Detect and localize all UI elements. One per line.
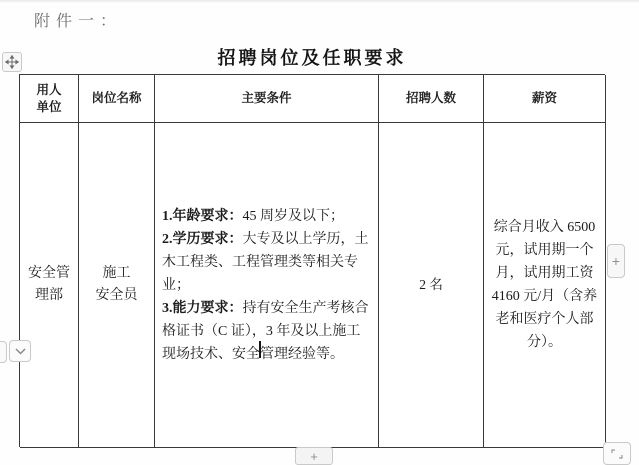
table-move-handle-button[interactable]	[2, 52, 22, 72]
header-cell-unit[interactable]: 用人 单位	[20, 75, 79, 123]
chevron-down-icon	[15, 348, 26, 355]
cell-salary[interactable]: 综合月收入 6500 元，试用期一个 月，试用期工资 4160 元/月（含养 老…	[484, 123, 606, 448]
cell-headcount[interactable]: 2 名	[379, 123, 484, 448]
cell-position[interactable]: 施工 安全员	[79, 123, 155, 448]
header-cell-position[interactable]: 岗位名称	[79, 75, 155, 123]
condition-item: 1.年龄要求：45 周岁及以下；	[162, 205, 344, 228]
page-title[interactable]: 招聘岗位及任职要求	[19, 44, 605, 70]
condition-label: 1.年龄要求：	[162, 209, 243, 224]
condition-item: 2.学历要求：大专及以上学历，土木工程类、工程管理类等相关专业；	[162, 228, 371, 297]
scroll-down-button[interactable]	[9, 340, 31, 362]
condition-item: 3.能力要求：持有安全生产考核合格证书（C 证），3 年及以上施工现场技术、安全…	[162, 297, 371, 366]
header-cell-headcount[interactable]: 招聘人数	[379, 75, 484, 123]
attachment-label[interactable]: 附件一：	[34, 8, 122, 31]
insert-column-button[interactable]: +	[607, 244, 625, 278]
left-edge-partial-button[interactable]: ∶	[0, 341, 7, 363]
text-cursor	[259, 341, 261, 358]
header-cell-conditions[interactable]: 主要条件	[155, 75, 379, 123]
condition-text: 45 周岁及以下；	[243, 209, 345, 224]
condition-label: 3.能力要求：	[162, 301, 243, 316]
insert-row-button[interactable]: +	[295, 447, 333, 465]
condition-label: 2.学历要求：	[162, 232, 243, 247]
document-page: 附件一： 招聘岗位及任职要求 用人 单位 岗位名称 主要条件 招聘人数 薪资 安…	[0, 0, 639, 465]
table-resize-handle[interactable]	[603, 442, 631, 465]
cell-unit[interactable]: 安全管 理部	[20, 123, 79, 448]
cell-conditions[interactable]: 1.年龄要求：45 周岁及以下； 2.学历要求：大专及以上学历，土木工程类、工程…	[155, 123, 379, 448]
four-way-move-icon	[5, 55, 19, 69]
diagonal-resize-icon	[610, 448, 624, 460]
page-top-edge	[0, 0, 639, 3]
header-cell-salary[interactable]: 薪资	[484, 75, 606, 123]
recruitment-table: 用人 单位 岗位名称 主要条件 招聘人数 薪资 安全管 理部 施工 安全员 1.…	[19, 74, 605, 447]
